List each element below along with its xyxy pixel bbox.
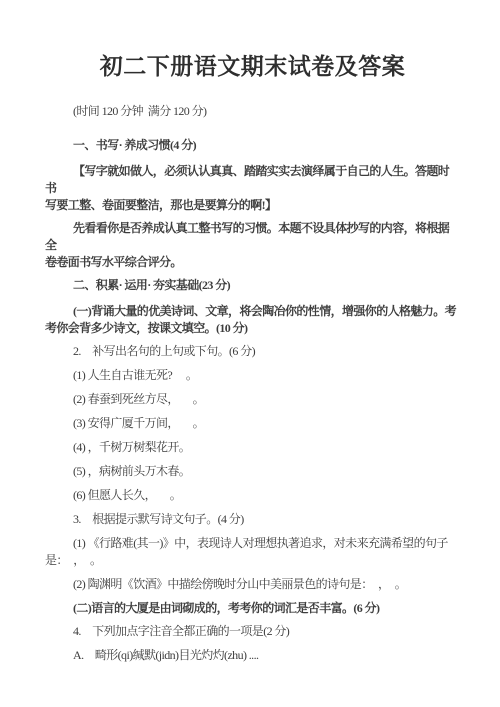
question-3-stem: 3. 根据提示默写诗文句子。(4 分) — [45, 511, 460, 528]
question-3-item-2: (2) 陶渊明《饮酒》中描绘傍晚时分山中美丽景色的诗句是： ， 。 — [45, 576, 460, 593]
writing-instruction-paragraph: 先看看你是否养成认真工整书写的习惯。本题不设具体抄写的内容，将根据全 卷卷面书写… — [45, 220, 460, 271]
question-4-option-a: A. 畸形(qi)缄默(jidn)目光灼灼(zhu) .... — [45, 647, 460, 664]
question-2-item-5: (5) ，病树前头万木春。 — [45, 463, 460, 480]
document-title: 初二下册语文期末试卷及答案 — [45, 50, 460, 83]
question-2-item-2: (2) 春蚕到死丝方尽， 。 — [45, 391, 460, 408]
section-1-heading: 一、书写· 养成习惯(4 分) — [45, 137, 460, 154]
question-2-item-3: (3) 安得广厦千万间， 。 — [45, 415, 460, 432]
recitation-intro-paragraph: (一)背诵大量的优美诗词、文章，将会陶冶你的性情，增强你的人格魅力。考 考你会背… — [45, 303, 460, 337]
exam-page: 初二下册语文期末试卷及答案 (时间 120 分钟 满分 120 分) 一、书写·… — [0, 0, 500, 707]
question-4-stem: 4. 下列加点字注音全都正确的一项是(2 分) — [45, 623, 460, 640]
exam-time-score-meta: (时间 120 分钟 满分 120 分) — [45, 103, 460, 120]
question-2-item-1: (1) 人生自古谁无死? 。 — [45, 367, 460, 384]
question-2-item-4: (4) ，千树万树梨花开。 — [45, 439, 460, 456]
question-3-item-1: (1) 《行路难(其一)》中，表现诗人对理想执著追求，对未来充满希望的句子 是：… — [45, 535, 460, 569]
section-2-heading: 二、积累· 运用· 夯实基础(23 分) — [45, 277, 460, 294]
question-2-stem: 2. 补写出名句的上句或下句。(6 分) — [45, 343, 460, 360]
question-2-item-6: (6) 但愿人长久， 。 — [45, 487, 460, 504]
writing-tip-paragraph: 【写字就如做人，必须认认真真、踏踏实实去演绎属于自己的人生。答题时书 写要工整、… — [45, 163, 460, 214]
vocabulary-intro-paragraph: (二)语言的大厦是由词砌成的，考考你的词汇是否丰富。(6 分) — [45, 600, 460, 617]
